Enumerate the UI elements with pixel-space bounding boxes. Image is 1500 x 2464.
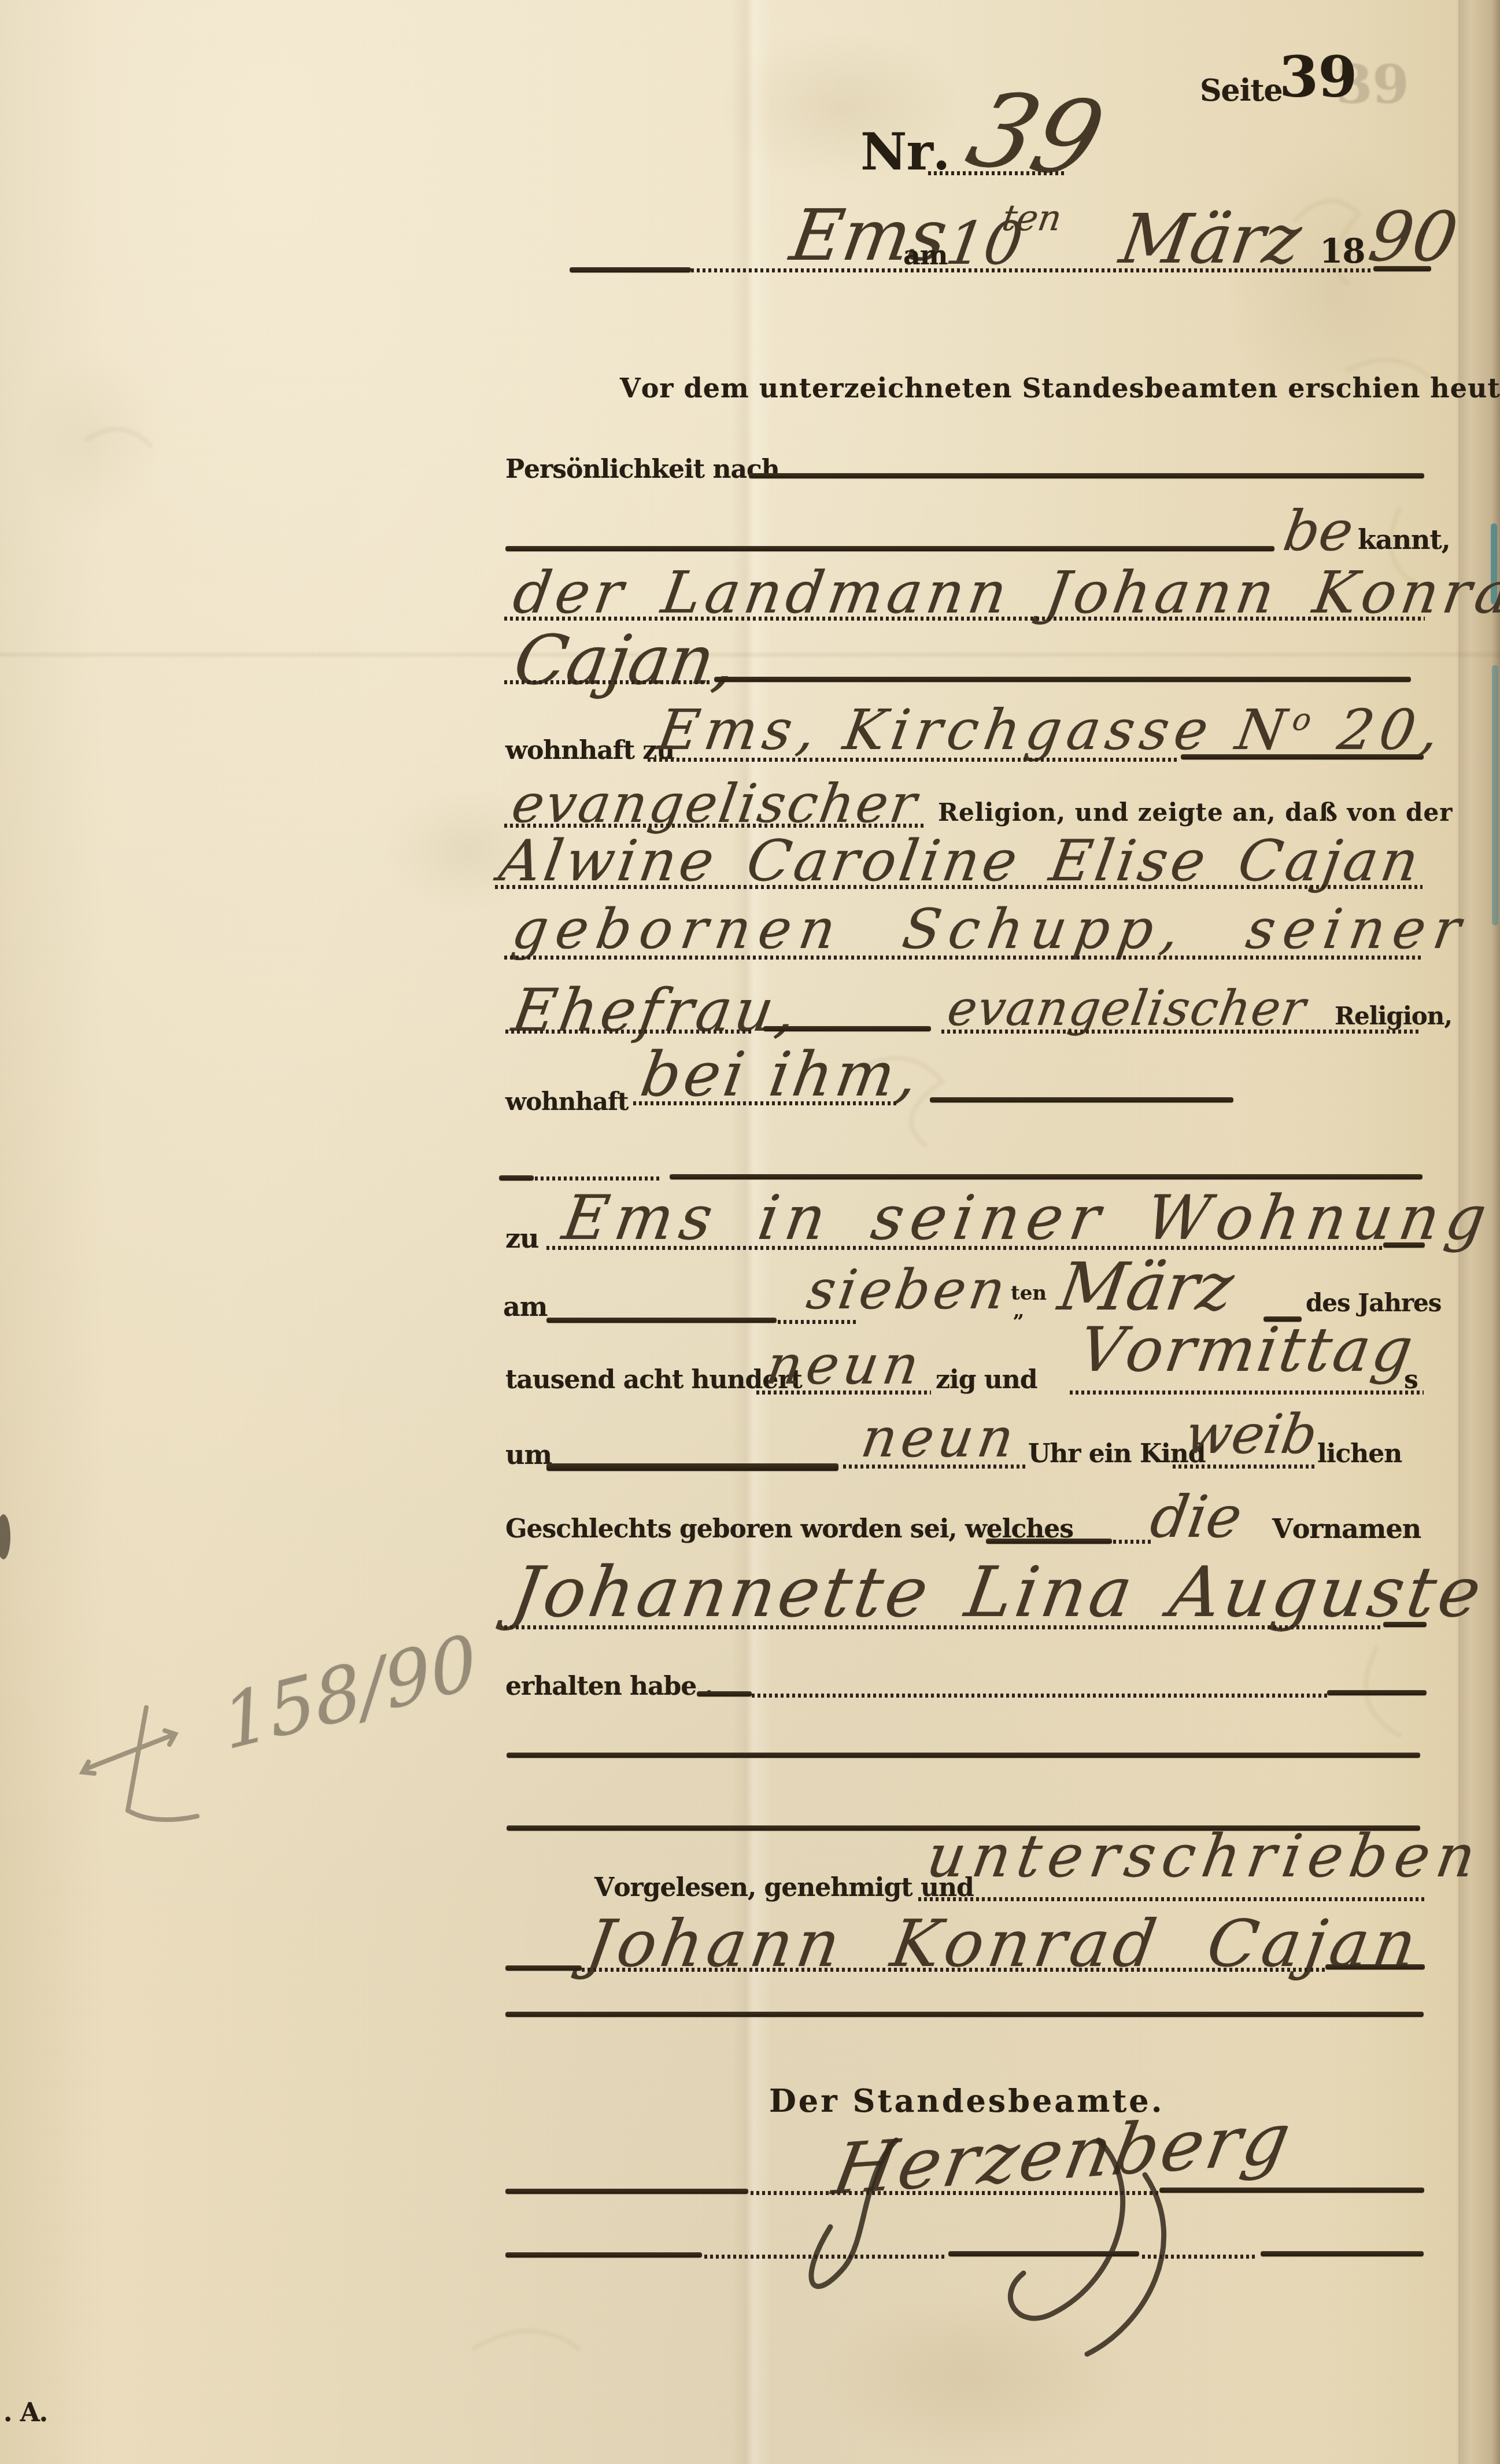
form-rule [505, 2189, 748, 2194]
form-rule [670, 1174, 1423, 1179]
form-rule [570, 267, 691, 272]
form-rule [504, 680, 712, 684]
residence-entry-a: Ems, Kirchgasse N [653, 698, 1296, 762]
form-rule [535, 1176, 662, 1181]
sex-entry: weib [1181, 1403, 1322, 1466]
printed-am: am [903, 239, 947, 271]
form-rule [582, 1968, 1325, 1972]
religion-printed: Religion, und zeigte an, daß von der [938, 798, 1453, 827]
year-entry2: neun [762, 1334, 928, 1397]
form-rule [756, 1390, 931, 1395]
mother-residence-entry: bei ihm, [636, 1039, 926, 1110]
birthplace-entry: Ems in seiner Wohnung [558, 1182, 1498, 1253]
form-rule [1261, 2251, 1424, 2256]
form-rule [691, 268, 1373, 272]
form-rule [1383, 1242, 1425, 1248]
form-rule [843, 1465, 1025, 1469]
sex-suffix-label: lichen [1317, 1439, 1402, 1469]
year-entry: 90 [1364, 197, 1463, 276]
mother-residence-label: wohnhaft [505, 1087, 628, 1116]
birth-register-page: Seite 39 39 Nr. 39 Ems am 10 ten März 18… [0, 0, 1500, 2464]
received-label: erhalten habe . [505, 1672, 713, 1701]
form-rule [507, 1753, 1420, 1758]
mother-name-entry: Alwine Caroline Elise Cajan [495, 828, 1427, 894]
birthday-entry: sieben [803, 1259, 1013, 1322]
personality-label: Persönlichkeit nach [505, 455, 779, 484]
month-entry: März [1115, 199, 1307, 279]
hour-label: um [505, 1439, 552, 1470]
form-rule [1181, 754, 1424, 759]
form-rule [697, 1691, 752, 1696]
form-rule [948, 2251, 1139, 2256]
form-rule [752, 1694, 1327, 1698]
form-rule [941, 1030, 1421, 1034]
given-names-entry: Johannette Lina Auguste [507, 1552, 1490, 1633]
article-entry: die [1146, 1483, 1247, 1551]
residence-entry: Ems, Kirchgasse No 20, [653, 698, 1450, 762]
form-rule [1113, 1540, 1152, 1544]
residence-entry-b: 20, [1333, 698, 1449, 762]
form-rule [505, 2252, 702, 2258]
known-printed: kannt, [1358, 524, 1450, 555]
form-rule [986, 1539, 1112, 1544]
form-rule [504, 824, 926, 828]
form-rule [704, 2255, 947, 2259]
footer-mark: . A. [3, 2398, 47, 2428]
hour-entry: neun [857, 1407, 1023, 1470]
form-rule [505, 546, 1274, 551]
form-rule [1383, 1622, 1427, 1627]
year-suffix-label: zig und [936, 1365, 1037, 1395]
form-rule [1325, 1964, 1425, 1969]
printed-year-prefix: 18 [1320, 231, 1365, 271]
declarant-entry-line2: Cajan, [509, 620, 742, 700]
form-rule [648, 758, 1180, 762]
day-suffix-entry: ten [999, 197, 1065, 239]
intro-line: Vor dem unterzeichneten Standesbeamten e… [620, 372, 1500, 404]
birthplace-label: zu [505, 1223, 539, 1254]
form-rule [928, 171, 1066, 175]
form-rule [1373, 266, 1431, 271]
seite-label: Seite [1200, 73, 1283, 108]
form-rule [751, 2191, 1158, 2195]
page-number-ghost: 39 [1336, 53, 1409, 116]
form-rule [633, 1101, 899, 1105]
timeofday-entry: Vormittag [1074, 1314, 1420, 1385]
form-rule [505, 1965, 582, 1971]
form-rule [714, 677, 1411, 682]
form-rule [763, 1026, 931, 1031]
form-rule [1159, 2188, 1424, 2193]
form-rule [1142, 2255, 1258, 2259]
residence-entry-sup: o [1290, 702, 1320, 737]
form-rule [546, 1246, 1382, 1250]
form-rule [499, 1175, 534, 1181]
form-rule [749, 473, 1424, 478]
form-rule [1327, 1690, 1427, 1695]
form-rule [504, 956, 1424, 960]
form-rule [495, 885, 1423, 889]
mother-religion-printed: Religion, [1335, 1002, 1452, 1030]
year-label: des Jahres [1306, 1289, 1441, 1317]
form-rule [505, 1030, 754, 1034]
mother-birthname-entry: gebornen Schupp, seiner [508, 898, 1473, 961]
known-entry: be [1279, 499, 1358, 563]
registrar-signature-flourish [775, 2105, 1272, 2371]
pencil-cancel-mark [78, 1701, 211, 1828]
closing-label: Vorgelesen, genehmigt und [594, 1873, 974, 1902]
form-rule [546, 1463, 838, 1471]
wife-entry: Ehefrau, [508, 976, 804, 1045]
form-rule [1070, 1390, 1424, 1395]
form-rule [918, 1897, 1424, 1901]
closing-entry: unterschrieben [922, 1822, 1487, 1891]
form-rule [546, 1318, 777, 1323]
form-rule [930, 1097, 1233, 1102]
birthdate-label: am [503, 1291, 547, 1322]
form-rule [505, 2012, 1424, 2017]
vornamen-label: Vornamen [1272, 1513, 1421, 1544]
mother-religion-entry: evangelischer [944, 980, 1310, 1036]
birthday-suffix-mark: „ [1013, 1299, 1024, 1322]
form-rule [1173, 1465, 1314, 1469]
form-rule [504, 1625, 1383, 1629]
